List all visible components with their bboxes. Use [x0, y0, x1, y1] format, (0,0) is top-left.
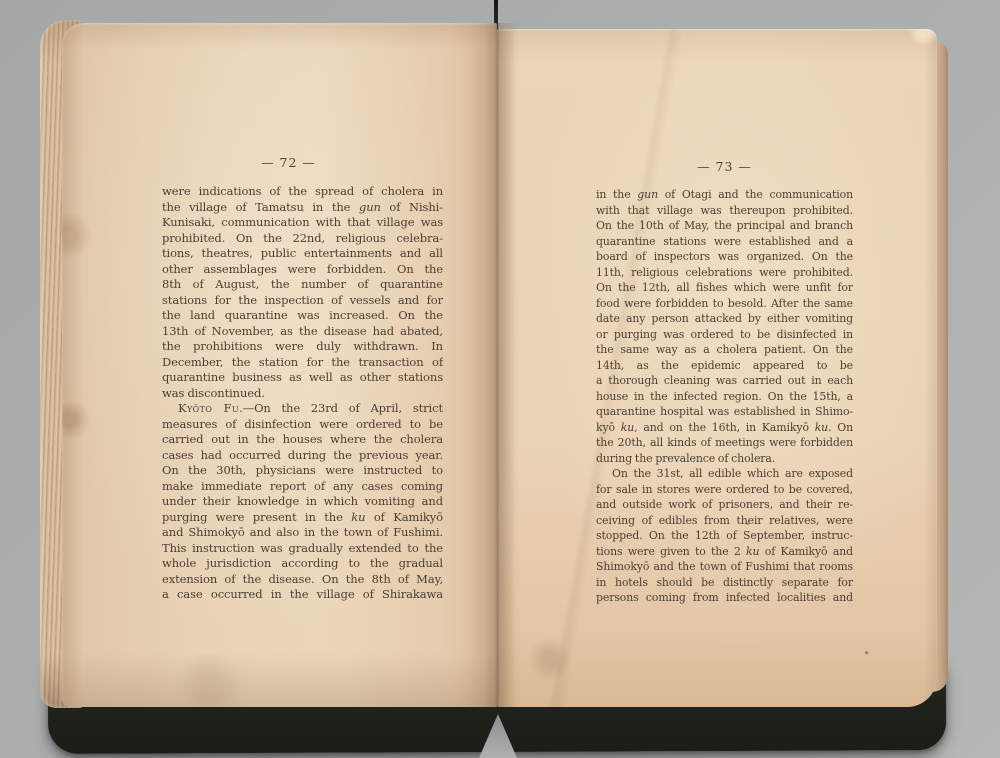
left-page-number: — 72 — — [148, 155, 429, 170]
text-line: 14th, as the epidemic appeared to be spr… — [596, 358, 853, 374]
text-line: 8th of August, the number of quarantine — [162, 277, 443, 293]
text-line: December, the station for the transactio… — [162, 355, 443, 371]
text-line: the 20th, all kinds of meetings were for… — [596, 435, 853, 451]
text-line: a thorough cleaning was carried out in e… — [596, 373, 853, 389]
smallcaps-term: Kyōto Fu — [178, 401, 239, 415]
text-line: the land quarantine was increased. On th… — [162, 308, 443, 324]
text-line: Kyōto Fu.—On the 23rd of April, strict — [162, 401, 443, 417]
text-line: stopped. On the 12th of September, instr… — [596, 528, 853, 544]
text-line: under their knowledge in which vomiting … — [162, 494, 443, 510]
text-line: date any person attacked by either vomit… — [596, 311, 853, 327]
text-line: prohibited. On the 22nd, religious celeb… — [162, 231, 443, 247]
text-line: stations for the inspection of vessels a… — [162, 293, 443, 309]
right-page-text-block: in the gun of Otagi and the communicatio… — [596, 187, 853, 606]
italic-term: ku — [815, 421, 828, 434]
text-line: and Shimokyō and also in the town of Fus… — [162, 525, 443, 541]
text-line: board of inspectors was organized. On th… — [596, 249, 853, 265]
text-line: the village of Tamatsu in the gun of Nis… — [162, 200, 443, 216]
text-line: the prohibitions were duly withdrawn. In — [162, 339, 443, 355]
text-line: in hotels should be distinctly separate … — [596, 575, 853, 591]
italic-term: ku — [621, 421, 634, 434]
text-line: the same way as a cholera patient. On th… — [596, 342, 853, 358]
text-line: On the 12th, all fishes which were unfit… — [596, 280, 853, 296]
text-line: 13th of November, as the disease had aba… — [162, 324, 443, 340]
right-page-number: — 73 — — [596, 159, 853, 174]
text-line: with that village was thereupon prohibit… — [596, 203, 853, 219]
text-line: and outside work of prisoners, and their… — [596, 497, 853, 513]
text-line: Kunisaki, communication with that villag… — [162, 215, 443, 231]
text-line: in the gun of Otagi and the communicatio… — [596, 187, 853, 203]
text-line: whole jurisdiction according to the grad… — [162, 556, 443, 572]
text-line: food were forbidden to besold. After the… — [596, 296, 853, 312]
text-line: a case occurred in the village of Shirak… — [162, 587, 443, 603]
text-line: were indications of the spread of choler… — [162, 184, 443, 200]
text-line: make immediate report of any cases comin… — [162, 479, 443, 495]
text-line: quarantine hospital was established in S… — [596, 404, 853, 420]
italic-term: ku — [351, 510, 365, 524]
text-line: On the 30th, physicians were instructed … — [162, 463, 443, 479]
text-line: tions were given to the 2 ku of Kamikyō … — [596, 544, 853, 560]
text-line: tions, theatres, public entertainments a… — [162, 246, 443, 262]
text-line: ceiving of edibles from their relatives,… — [596, 513, 853, 529]
text-line: was discontinued. — [162, 386, 443, 402]
book-scan-scene: { "colors": { "background_gray": "#aaada… — [0, 0, 1000, 758]
text-line: house in the infected region. On the 15t… — [596, 389, 853, 405]
text-line: Shimokyō and the town of Fushimi that ro… — [596, 559, 853, 575]
text-line: or purging was ordered to be disinfected… — [596, 327, 853, 343]
text-line: other assemblages were forbidden. On the — [162, 262, 443, 278]
text-line: measures of disinfection were ordered to… — [162, 417, 443, 433]
italic-term: gun — [637, 188, 658, 201]
text-line: quarantine business as well as other sta… — [162, 370, 443, 386]
left-page-text-block: were indications of the spread of choler… — [162, 184, 443, 603]
italic-term: gun — [359, 200, 381, 214]
text-line: quarantine stations were established and… — [596, 234, 853, 250]
text-line: cases had occurred during the previous y… — [162, 448, 443, 464]
italic-term: ku — [746, 545, 759, 558]
text-line: during the prevalence of cholera. — [596, 451, 853, 467]
text-line: purging were present in the ku of Kamiky… — [162, 510, 443, 526]
text-line: On the 10th of May, the principal and br… — [596, 218, 853, 234]
text-line: This instruction was gradually extended … — [162, 541, 443, 557]
text-line: On the 31st, all edible which are expose… — [596, 466, 853, 482]
text-line: kyō ku, and on the 16th, in Kamikyō ku. … — [596, 420, 853, 436]
text-line: 11th, religious celebrations were prohib… — [596, 265, 853, 281]
text-line: extension of the disease. On the 8th of … — [162, 572, 443, 588]
text-line: carried out in the houses where the chol… — [162, 432, 443, 448]
text-line: persons coming from infected localities … — [596, 590, 853, 606]
text-line: for sale in stores were ordered to be co… — [596, 482, 853, 498]
